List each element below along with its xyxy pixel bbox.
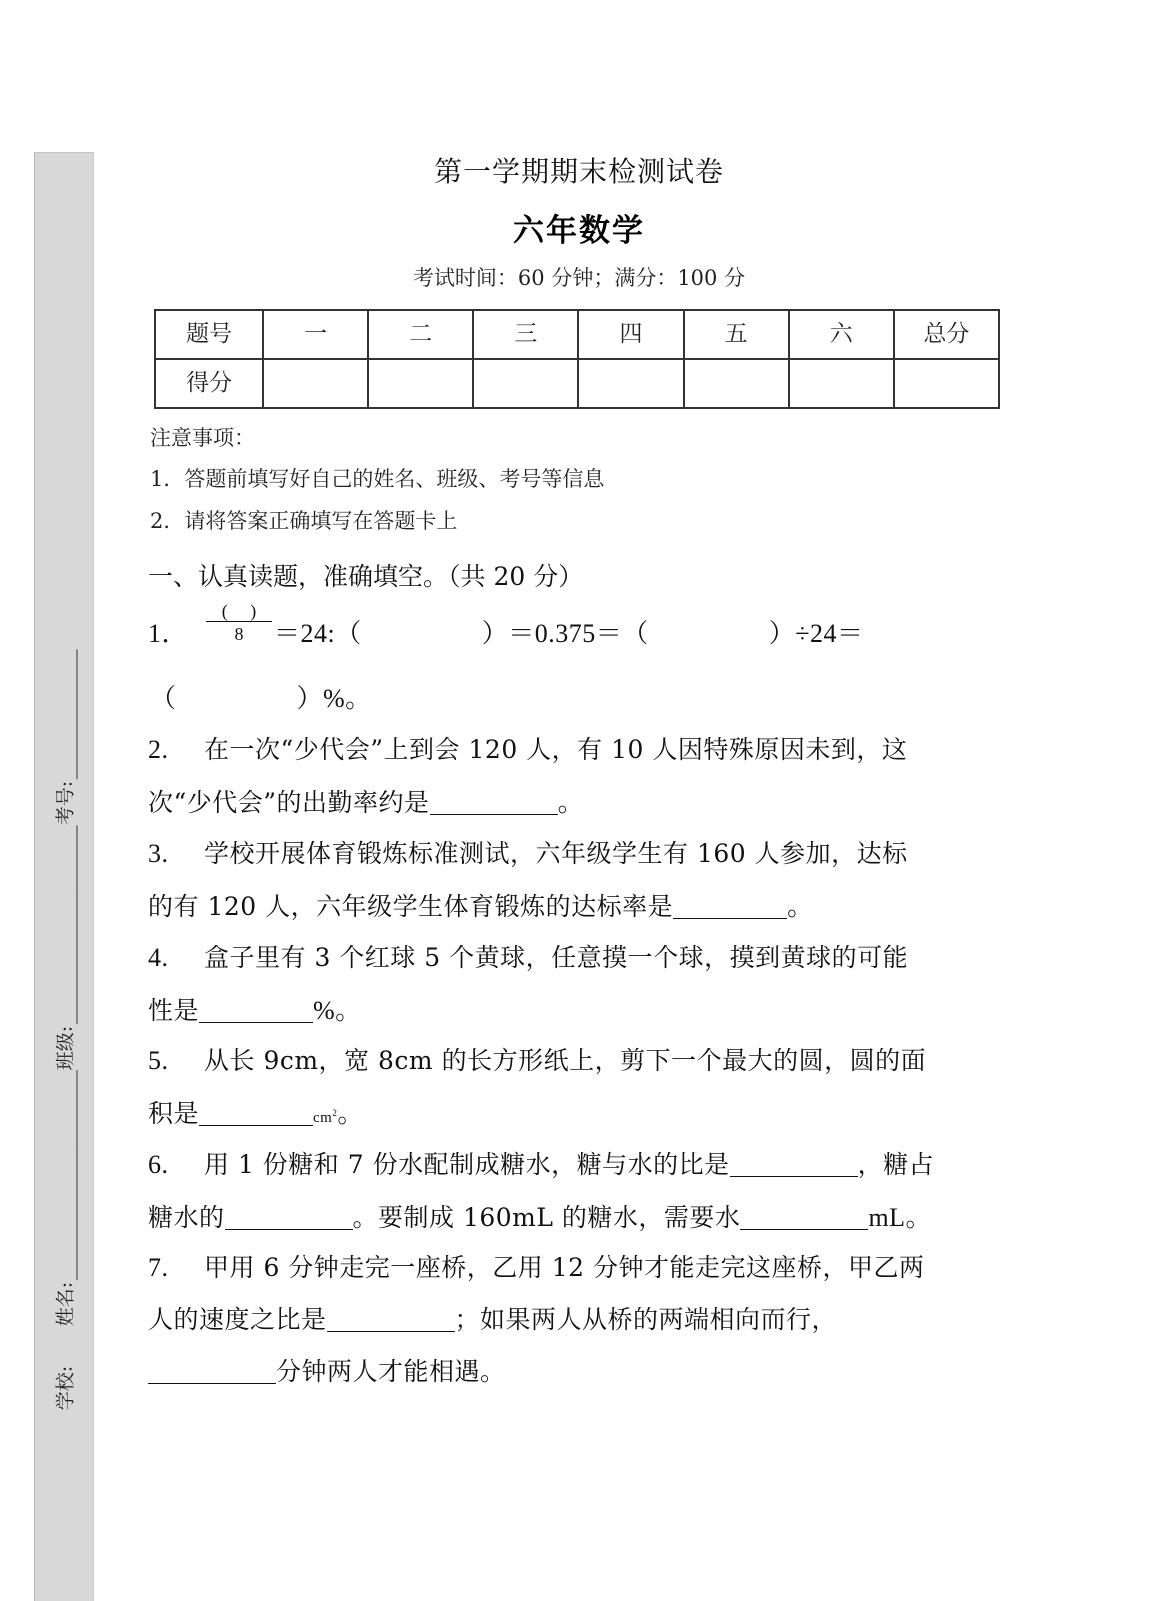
score-table-header-row: 题号 一 二 三 四 五 六 总分 — [155, 310, 999, 359]
class-line[interactable] — [64, 894, 78, 1024]
q6-text: 糖水的 — [148, 1203, 225, 1232]
question-number: 3. — [148, 839, 204, 869]
name-field[interactable]: 姓名: — [51, 1150, 78, 1326]
q6-answer-blank-2[interactable] — [225, 1204, 353, 1230]
question-3-line-2: 的有 120 人，六年级学生体育锻炼的达标率是。 — [148, 886, 814, 923]
school-label: 学校: — [51, 1366, 78, 1410]
unit-text: cm — [313, 1110, 332, 1126]
score-cell[interactable] — [894, 359, 999, 408]
question-5-line-1: 5.从长 9cm，宽 8cm 的长方形纸上，剪下一个最大的圆，圆的面 — [148, 1041, 926, 1077]
q4-text: 性是 — [148, 996, 199, 1025]
q6-text: ，糖占 — [858, 1150, 935, 1179]
question-number: 2. — [148, 735, 204, 765]
score-cell[interactable] — [473, 359, 578, 408]
question-5-line-2: 积是cm2。 — [148, 1093, 364, 1130]
q4-text-end: %。 — [313, 996, 362, 1025]
question-number: 1． — [148, 613, 204, 650]
q6-text: 用 1 份糖和 7 份水配制成糖水，糖与水的比是 — [204, 1150, 730, 1179]
q6-answer-blank-3[interactable] — [740, 1204, 868, 1230]
score-row-label: 得分 — [155, 359, 263, 408]
q6-answer-blank-1[interactable] — [730, 1151, 858, 1177]
score-header-cell: 五 — [684, 310, 789, 359]
question-7-line-3: 分钟两人才能相遇。 — [148, 1352, 506, 1388]
q3-text: 的有 120 人，六年级学生体育锻炼的达标率是 — [148, 892, 673, 921]
question-4-line-1: 4.盒子里有 3 个红球 5 个黄球，任意摸一个球，摸到黄球的可能 — [148, 938, 908, 974]
fraction-numerator-blank[interactable]: ( ) — [206, 600, 272, 622]
name-label: 姓名: — [51, 1282, 78, 1326]
q3-answer-blank[interactable] — [673, 893, 787, 919]
question-2-line-2: 次“少代会”的出勤率约是。 — [148, 782, 584, 819]
section-heading: 一、认真读题，准确填空。（共 20 分） — [148, 557, 583, 593]
q1-part-1: ＝24:（ — [274, 619, 362, 648]
exam-number-line[interactable] — [64, 649, 78, 779]
class-label: 班级: — [51, 1026, 78, 1070]
question-7-line-1: 7.甲用 6 分钟走完一座桥，乙用 12 分钟才能走完这座桥，甲乙两 — [148, 1248, 925, 1284]
score-header-cell: 六 — [789, 310, 894, 359]
score-table: 题号 一 二 三 四 五 六 总分 得分 — [154, 309, 1000, 409]
score-header-cell: 四 — [578, 310, 683, 359]
q2-text: 次“少代会”的出勤率约是 — [148, 788, 430, 817]
question-4-line-2: 性是%。 — [148, 990, 362, 1027]
score-cell[interactable] — [368, 359, 473, 408]
q3-text: 学校开展体育锻炼标准测试，六年级学生有 160 人参加，达标 — [204, 839, 908, 868]
page-title: 第一学期期末检测试卷 — [0, 150, 1158, 190]
page-subtitle: 六年数学 — [0, 205, 1158, 250]
score-cell[interactable] — [578, 359, 683, 408]
q6-text-end: mL。 — [868, 1203, 932, 1232]
question-1-line-2: （）%。 — [150, 678, 372, 715]
question-2-line-1: 2.在一次“少代会”上到会 120 人，有 10 人因特殊原因未到，这 — [148, 730, 907, 766]
question-7-line-2: 人的速度之比是；如果两人从桥的两端相向而行， — [148, 1300, 837, 1336]
question-6-line-2: 糖水的。要制成 160mL 的糖水，需要水mL。 — [148, 1197, 932, 1234]
question-number: 6. — [148, 1150, 204, 1180]
score-header-cell: 题号 — [155, 310, 263, 359]
school-field[interactable]: 学校: — [51, 1366, 78, 1410]
q4-text: 盒子里有 3 个红球 5 个黄球，任意摸一个球，摸到黄球的可能 — [204, 943, 908, 972]
q2-answer-blank[interactable] — [430, 789, 558, 815]
question-number: 4. — [148, 943, 204, 973]
question-number: 5. — [148, 1046, 204, 1076]
q1-fraction: ( ) 8 — [206, 600, 272, 646]
notice-item: 2．请将答案正确填写在答题卡上 — [150, 505, 457, 535]
question-number: 7. — [148, 1253, 204, 1283]
q7-answer-blank-1[interactable] — [327, 1306, 455, 1332]
q5-text-end: 。 — [337, 1099, 364, 1128]
fraction-denominator: 8 — [206, 622, 272, 646]
score-header-cell: 三 — [473, 310, 578, 359]
score-header-cell: 总分 — [894, 310, 999, 359]
q7-text: 人的速度之比是 — [148, 1305, 327, 1334]
name-line[interactable] — [64, 1150, 78, 1280]
q4-answer-blank[interactable] — [199, 997, 313, 1023]
exam-number-label: 考号: — [51, 781, 78, 825]
q5-text: 积是 — [148, 1099, 199, 1128]
class-field[interactable]: 班级: — [51, 894, 78, 1192]
score-cell[interactable] — [263, 359, 368, 408]
q3-text-end: 。 — [787, 892, 814, 921]
q7-text: ；如果两人从桥的两端相向而行， — [455, 1305, 838, 1334]
notice-item: 1．答题前填写好自己的姓名、班级、考号等信息 — [150, 463, 604, 493]
notice-title: 注意事项： — [150, 422, 255, 452]
q5-unit: cm2 — [313, 1110, 337, 1126]
score-cell[interactable] — [789, 359, 894, 408]
score-header-cell: 一 — [263, 310, 368, 359]
score-header-cell: 二 — [368, 310, 473, 359]
q5-text: 从长 9cm，宽 8cm 的长方形纸上，剪下一个最大的圆，圆的面 — [204, 1046, 926, 1075]
q2-text-end: 。 — [558, 788, 585, 817]
score-cell[interactable] — [684, 359, 789, 408]
exam-info: 考试时间：60 分钟；满分：100 分 — [0, 262, 1158, 292]
question-3-line-1: 3.学校开展体育锻炼标准测试，六年级学生有 160 人参加，达标 — [148, 834, 908, 870]
q7-text: 分钟两人才能相遇。 — [276, 1357, 506, 1386]
q1-part-2: ）＝0.375＝（ — [482, 619, 649, 648]
q1-line2-close: ）%。 — [297, 684, 372, 713]
q7-answer-blank-2[interactable] — [148, 1358, 276, 1384]
q6-text: 。要制成 160mL 的糖水，需要水 — [353, 1203, 741, 1232]
q2-text: 在一次“少代会”上到会 120 人，有 10 人因特殊原因未到，这 — [204, 735, 907, 764]
q5-answer-blank[interactable] — [199, 1100, 313, 1126]
score-table-score-row: 得分 — [155, 359, 999, 408]
q1-part-3: ）÷24＝ — [769, 619, 864, 648]
question-6-line-1: 6.用 1 份糖和 7 份水配制成糖水，糖与水的比是，糖占 — [148, 1145, 934, 1181]
q7-text: 甲用 6 分钟走完一座桥，乙用 12 分钟才能走完这座桥，甲乙两 — [204, 1253, 925, 1282]
q1-line2-open: （ — [150, 684, 177, 713]
binding-strip: 考号: 班级: 姓名: 学校: — [34, 152, 94, 1601]
